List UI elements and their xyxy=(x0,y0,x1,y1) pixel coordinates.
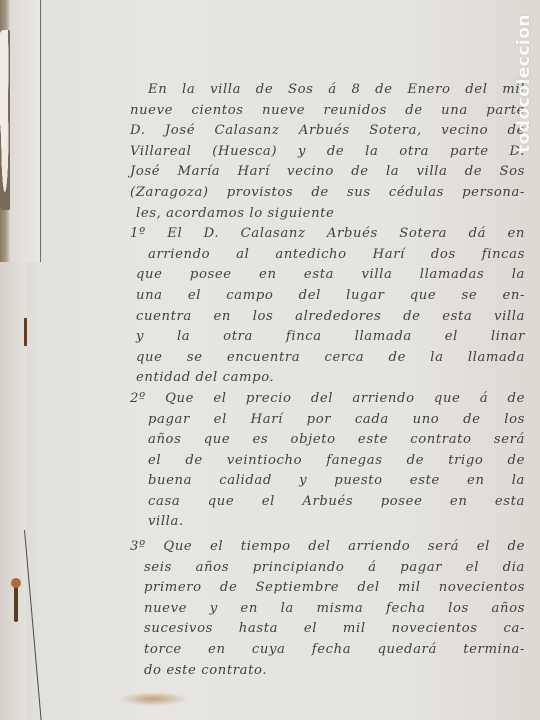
stain-mark xyxy=(118,692,188,706)
text-line: seis años principiando á pagar el dia xyxy=(130,558,525,579)
text-line: cuentra en los alrededores de esta villa xyxy=(130,307,525,328)
folded-margin-strip xyxy=(10,0,41,262)
text-line: y la otra finca llamada el linar xyxy=(130,327,525,348)
text-line: pagar el Harí por cada uno de los xyxy=(130,410,525,431)
rust-mark xyxy=(24,318,27,346)
text-line: arriendo al antedicho Harí dos fincas xyxy=(130,245,525,266)
text-line: sucesivos hasta el mil novecientos ca- xyxy=(130,619,525,640)
text-line: nueve cientos nueve reunidos de una part… xyxy=(130,101,525,122)
rusted-pin xyxy=(14,582,18,622)
text-line: el de veintiocho fanegas de trigo de xyxy=(130,451,525,472)
text-line: (Zaragoza) provistos de sus cédulas pers… xyxy=(130,183,525,204)
handwritten-contract: En la villa de Sos á 8 de Enero del mil … xyxy=(130,80,525,681)
text-line: D. José Calasanz Arbués Sotera, vecino d… xyxy=(130,121,525,142)
text-line: una el campo del lugar que se en- xyxy=(130,286,525,307)
text-line: entidad del campo. xyxy=(130,368,525,389)
text-line: primero de Septiembre del mil noveciento… xyxy=(130,578,525,599)
text-line: nueve y en la misma fecha los años xyxy=(130,599,525,620)
text-line: casa que el Arbués posee en esta xyxy=(130,492,525,513)
text-line: Villareal (Huesca) y de la otra parte D. xyxy=(130,142,525,163)
text-line: En la villa de Sos á 8 de Enero del mil xyxy=(130,80,525,101)
text-line: José María Harí vecino de la villa de So… xyxy=(130,162,525,183)
text-line: que se encuentra cerca de la llamada xyxy=(130,348,525,369)
text-line: les, acordamos lo siguiente xyxy=(130,204,525,225)
clause-3-line: 3º Que el tiempo del arriendo será el de xyxy=(130,537,525,558)
text-line: do este contrato. xyxy=(130,661,525,682)
text-line: buena calidad y puesto este en la xyxy=(130,471,525,492)
text-line: años que es objeto este contrato será xyxy=(130,430,525,451)
clause-2-line: 2º Que el precio del arriendo que á de xyxy=(130,389,525,410)
text-line: torce en cuya fecha quedará termina- xyxy=(130,640,525,661)
clause-1-line: 1º El D. Calasanz Arbués Sotera dá en xyxy=(130,224,525,245)
text-line: villa. xyxy=(130,512,525,533)
text-line: que posee en esta villa llamadas la xyxy=(130,265,525,286)
watermark-logo: todocoleccion xyxy=(514,14,534,153)
